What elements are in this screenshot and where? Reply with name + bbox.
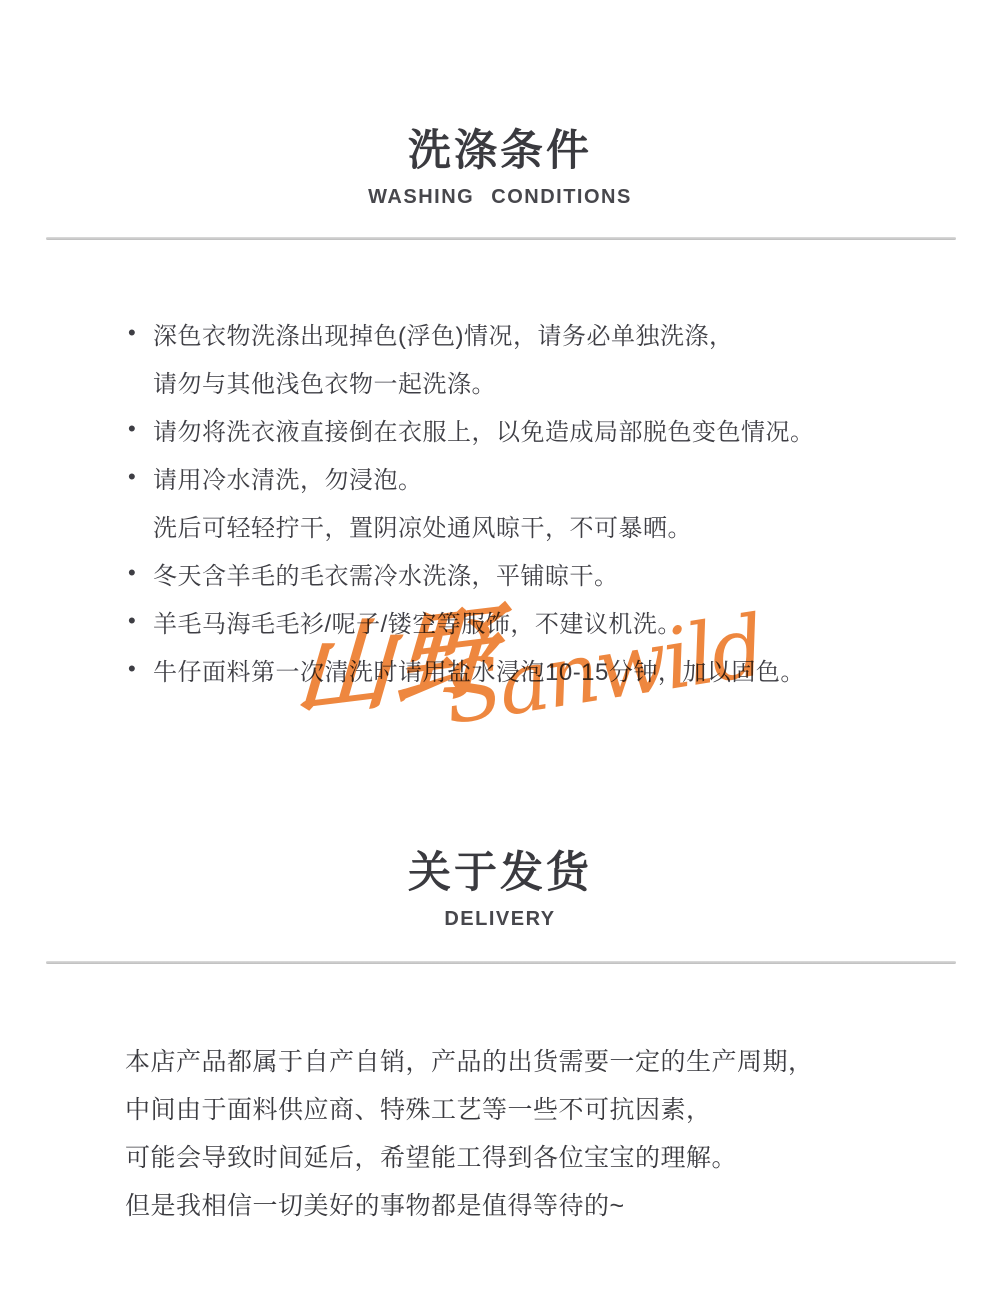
list-item: • 冬天含羊毛的毛衣需冷水洗涤，平铺晾干。 — [128, 549, 960, 597]
list-item: 请勿与其他浅色衣物一起洗涤。 — [128, 357, 960, 405]
list-item-text: 请勿将洗衣液直接倒在衣服上，以免造成局部脱色变色情况。 — [153, 412, 815, 447]
bullet-marker: • — [128, 597, 153, 645]
delivery-note-line: 本店产品都属于自产自销，产品的出货需要一定的生产周期， — [125, 1038, 960, 1086]
list-item: • 请勿将洗衣液直接倒在衣服上，以免造成局部脱色变色情况。 — [128, 405, 960, 453]
divider-washing — [46, 237, 956, 240]
washing-section-header: 洗涤条件 WASHING CONDITIONS — [0, 126, 1000, 209]
list-item: • 羊毛马海毛毛衫/呢子/镂空等服饰，不建议机洗。 — [128, 597, 960, 645]
delivery-note-line: 可能会导致时间延后，希望能工得到各位宝宝的理解。 — [125, 1134, 960, 1182]
list-item: • 牛仔面料第一次清洗时请用盐水浸泡10-15分钟，加以固色。 — [128, 645, 960, 693]
list-item-text: 冬天含羊毛的毛衣需冷水洗涤，平铺晾干。 — [153, 556, 619, 591]
bullet-marker: • — [128, 453, 153, 501]
washing-section-subtitle: WASHING CONDITIONS — [0, 185, 1000, 209]
list-item-text: 羊毛马海毛毛衫/呢子/镂空等服饰，不建议机洗。 — [153, 604, 682, 639]
delivery-note-line: 中间由于面料供应商、特殊工艺等一些不可抗因素， — [125, 1086, 960, 1134]
list-item-text: 洗后可轻轻拧干，置阴凉处通风晾干，不可暴晒。 — [153, 508, 692, 543]
bullet-marker: • — [128, 549, 153, 597]
delivery-section-subtitle: DELIVERY — [0, 907, 1000, 931]
list-item-text: 请用冷水清洗，勿浸泡。 — [153, 460, 423, 495]
list-item-text: 请勿与其他浅色衣物一起洗涤。 — [153, 364, 496, 399]
list-item: 洗后可轻轻拧干，置阴凉处通风晾干，不可暴晒。 — [128, 501, 960, 549]
bullet-marker: • — [128, 309, 153, 357]
washing-instructions-list: • 深色衣物洗涤出现掉色(浮色)情况，请务必单独洗涤， 请勿与其他浅色衣物一起洗… — [128, 309, 960, 693]
list-item-text: 牛仔面料第一次清洗时请用盐水浸泡10-15分钟，加以固色。 — [153, 652, 805, 687]
list-item: • 深色衣物洗涤出现掉色(浮色)情况，请务必单独洗涤， — [128, 309, 960, 357]
bullet-marker: • — [128, 645, 153, 693]
delivery-section-header: 关于发货 DELIVERY — [0, 848, 1000, 931]
delivery-section-title: 关于发货 — [0, 848, 1000, 898]
product-detail-page: 洗涤条件 WASHING CONDITIONS • 深色衣物洗涤出现掉色(浮色)… — [0, 0, 1000, 1304]
list-item: • 请用冷水清洗，勿浸泡。 — [128, 453, 960, 501]
delivery-note-line: 但是我相信一切美好的事物都是值得等待的~ — [125, 1182, 960, 1230]
delivery-note: 本店产品都属于自产自销，产品的出货需要一定的生产周期， 中间由于面料供应商、特殊… — [125, 1038, 960, 1230]
divider-delivery — [46, 961, 956, 964]
list-item-text: 深色衣物洗涤出现掉色(浮色)情况，请务必单独洗涤， — [153, 316, 733, 351]
washing-section-title: 洗涤条件 — [0, 126, 1000, 176]
bullet-marker: • — [128, 405, 153, 453]
